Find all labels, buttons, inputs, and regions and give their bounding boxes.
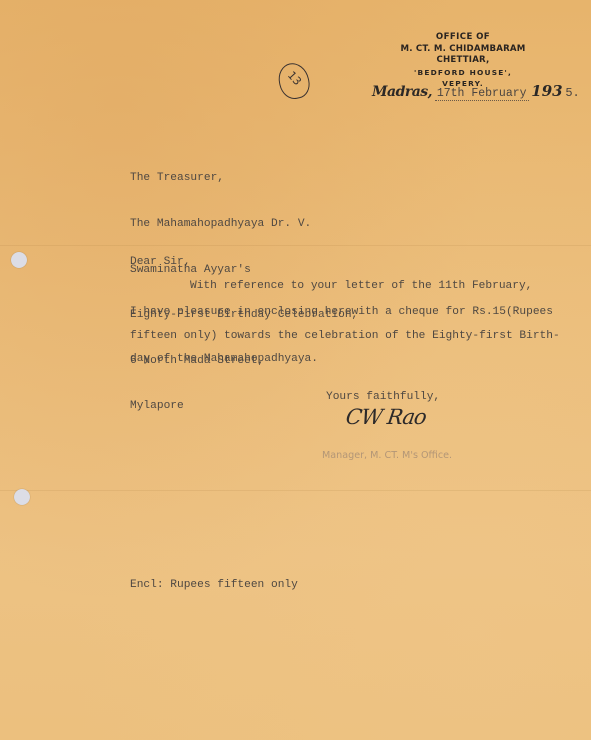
date-year-printed: 193 xyxy=(531,82,562,100)
letterhead-house: 'BEDFORD HOUSE', xyxy=(378,67,548,79)
address-line: Mylapore xyxy=(130,399,358,414)
date-typed: 17th February xyxy=(435,87,529,101)
address-line: The Treasurer, xyxy=(130,171,358,186)
handwritten-signature: CW Rao xyxy=(344,405,427,429)
date-year-typed: 5. xyxy=(565,86,579,100)
body-line: fifteen only) towards the celebration of… xyxy=(130,330,560,342)
punch-hole-top xyxy=(11,252,27,268)
letterhead: OFFICE OF M. CT. M. CHIDAMBARAM CHETTIAR… xyxy=(378,32,548,90)
body-line: With reference to your letter of the 11t… xyxy=(190,280,532,292)
letterhead-name: M. CT. M. CHIDAMBARAM CHETTIAR, xyxy=(378,44,548,67)
body-line: I have pleasure in enclosing herewith a … xyxy=(130,306,553,318)
signatory-stamp: Manager, M. CT. M's Office. xyxy=(322,450,452,461)
letter-page: 13 OFFICE OF M. CT. M. CHIDAMBARAM CHETT… xyxy=(0,0,591,740)
address-line: The Mahamahopadhyaya Dr. V. xyxy=(130,217,358,232)
folio-number: 13 xyxy=(285,69,304,88)
closing: Yours faithfully, xyxy=(326,391,440,403)
dateline: Madras, 17th February 193 5. xyxy=(372,82,580,100)
recipient-address: The Treasurer, The Mahamahopadhyaya Dr. … xyxy=(130,141,358,445)
date-place: Madras, xyxy=(372,84,432,100)
paper-fold xyxy=(0,490,591,491)
salutation: Dear Sir, xyxy=(130,256,190,268)
punch-hole-bottom xyxy=(14,489,30,505)
letterhead-office-of: OFFICE OF xyxy=(378,32,548,44)
handwritten-folio-mark: 13 xyxy=(276,60,313,101)
body-line: day of the Mahamahopadhyaya. xyxy=(130,353,318,365)
enclosure-note: Encl: Rupees fifteen only xyxy=(130,579,298,591)
